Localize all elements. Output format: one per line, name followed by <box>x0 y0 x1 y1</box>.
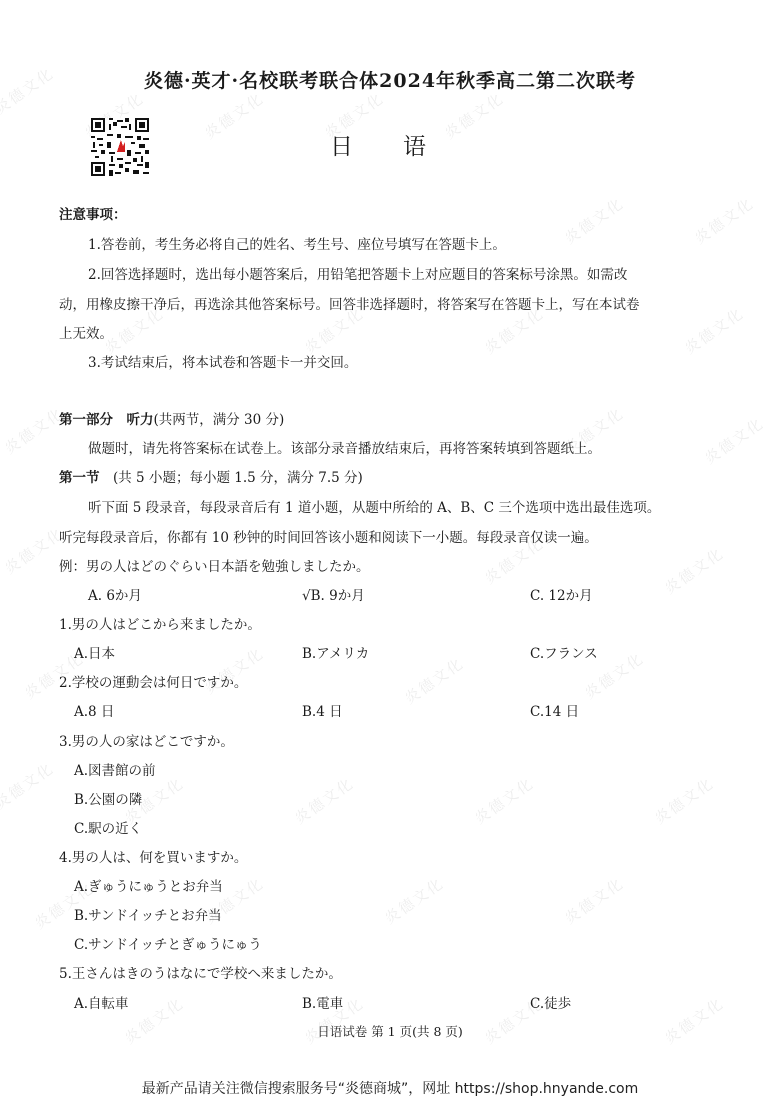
question-2-option-c: C.14 日 <box>530 703 579 721</box>
watermark: 炎德文化 <box>660 542 728 598</box>
section1-heading-detail: (共 5 小题；每小题 1.5 分，满分 7.5 分) <box>100 470 363 486</box>
section1-instruction: 听下面 5 段录音，每段录音后有 1 道小题，从题中所给的 A、B、C 三个选项… <box>88 499 660 517</box>
watermark: 炎德文化 <box>120 992 188 1048</box>
qr-code-icon <box>91 118 149 176</box>
notice-item: 3.考试结束后，将本试卷和答题卡一并交回。 <box>88 354 357 372</box>
question-1-option-b: B.アメリカ <box>302 645 369 663</box>
watermark: 炎德文化 <box>0 522 68 578</box>
part1-heading-title: 第一部分 听力 <box>59 412 154 428</box>
page-number: 日语试卷 第 1 页(共 8 页) <box>0 1022 780 1040</box>
question-1: 1.男の人はどこから来ましたか。 <box>59 616 261 634</box>
watermark: 炎德文化 <box>0 757 58 813</box>
subject-char: 语 <box>403 128 426 161</box>
example-question: 例：男の人はどのぐらい日本語を勉強しましたか。 <box>59 558 370 576</box>
section1-instruction: 听完每段录音后，你都有 10 秒钟的时间回答该小题和阅读下一小题。每段录音仅读一… <box>59 529 598 547</box>
watermark: 炎德文化 <box>200 87 268 143</box>
part1-heading-detail: (共两节，满分 30 分) <box>154 412 285 428</box>
question-3: 3.男の人の家はどこですか。 <box>59 733 234 751</box>
watermark: 炎德文化 <box>650 772 718 828</box>
notice-item: 上无效。 <box>59 325 113 343</box>
subject-char: 日 <box>330 128 353 161</box>
question-4-option-b: B.サンドイッチとお弁当 <box>74 907 222 925</box>
question-2-option-a: A.8 日 <box>74 703 114 721</box>
question-5-option-a: A.自転車 <box>74 995 129 1013</box>
notice-item: 1.答卷前，考生务必将自己的姓名、考生号、座位号填写在答题卡上。 <box>88 236 506 254</box>
notice-item: 2.回答选择题时，选出每小题答案后，用铅笔把答题卡上对应题目的答案标号涂黑。如需… <box>88 266 627 284</box>
question-4: 4.男の人は、何を買いますか。 <box>59 849 247 867</box>
watermark: 炎德文化 <box>470 772 538 828</box>
question-2-option-b: B.4 日 <box>302 703 343 721</box>
section1-heading: 第一节 (共 5 小题；每小题 1.5 分，满分 7.5 分) <box>59 469 363 487</box>
question-5-option-c: C.徒歩 <box>530 995 571 1013</box>
watermark: 炎德文化 <box>660 992 728 1048</box>
example-option-b: √B. 9か月 <box>302 587 365 605</box>
watermark: 炎德文化 <box>560 872 628 928</box>
part1-heading: 第一部分 听力(共两节，满分 30 分) <box>59 411 284 429</box>
question-2: 2.学校の運動会は何日ですか。 <box>59 674 247 692</box>
exam-title: 炎德·英才·名校联考联合体2024年秋季高二第二次联考 <box>0 66 780 93</box>
watermark: 炎德文化 <box>560 192 628 248</box>
watermark: 炎德文化 <box>380 872 448 928</box>
question-4-option-a: A.ぎゅうにゅうとお弁当 <box>74 878 223 896</box>
watermark: 炎德文化 <box>690 192 758 248</box>
watermark: 炎德文化 <box>400 652 468 708</box>
notice-heading: 注意事项： <box>59 206 127 224</box>
watermark: 炎德文化 <box>440 87 508 143</box>
notice-item: 动，用橡皮擦干净后，再选涂其他答案标号。回答非选择题时，将答案写在答题卡上，写在… <box>59 296 640 314</box>
question-4-option-c: C.サンドイッチとぎゅうにゅう <box>74 936 262 954</box>
question-3-option-a: A.図書館の前 <box>74 762 156 780</box>
watermark: 炎德文化 <box>0 402 68 458</box>
promo-banner: 最新产品请关注微信搜索服务号“炎德商城”，网址 https://shop.hny… <box>0 1078 780 1098</box>
watermark: 炎德文化 <box>290 772 358 828</box>
question-1-option-c: C.フランス <box>530 645 598 663</box>
watermark: 炎德文化 <box>680 302 748 358</box>
part1-instruction: 做题时，请先将答案标在试卷上。该部分录音播放结束后，再将答案转填到答题纸上。 <box>88 440 601 458</box>
example-option-a: A. 6か月 <box>88 587 142 605</box>
question-3-option-b: B.公園の隣 <box>74 791 142 809</box>
subject-title: 日语 <box>330 128 426 161</box>
question-3-option-c: C.駅の近く <box>74 820 142 838</box>
watermark: 炎德文化 <box>700 412 768 468</box>
example-option-c: C. 12か月 <box>530 587 593 605</box>
exam-page: 炎德文化 炎德文化 炎德文化 炎德文化 炎德文化 炎德文化 炎德文化 炎德文化 … <box>0 0 780 1104</box>
section1-heading-title: 第一节 <box>59 470 100 486</box>
question-1-option-a: A.日本 <box>74 645 115 663</box>
question-5-option-b: B.電車 <box>302 995 343 1013</box>
question-5: 5.王さんはきのうはなにで学校へ来ましたか。 <box>59 965 342 983</box>
